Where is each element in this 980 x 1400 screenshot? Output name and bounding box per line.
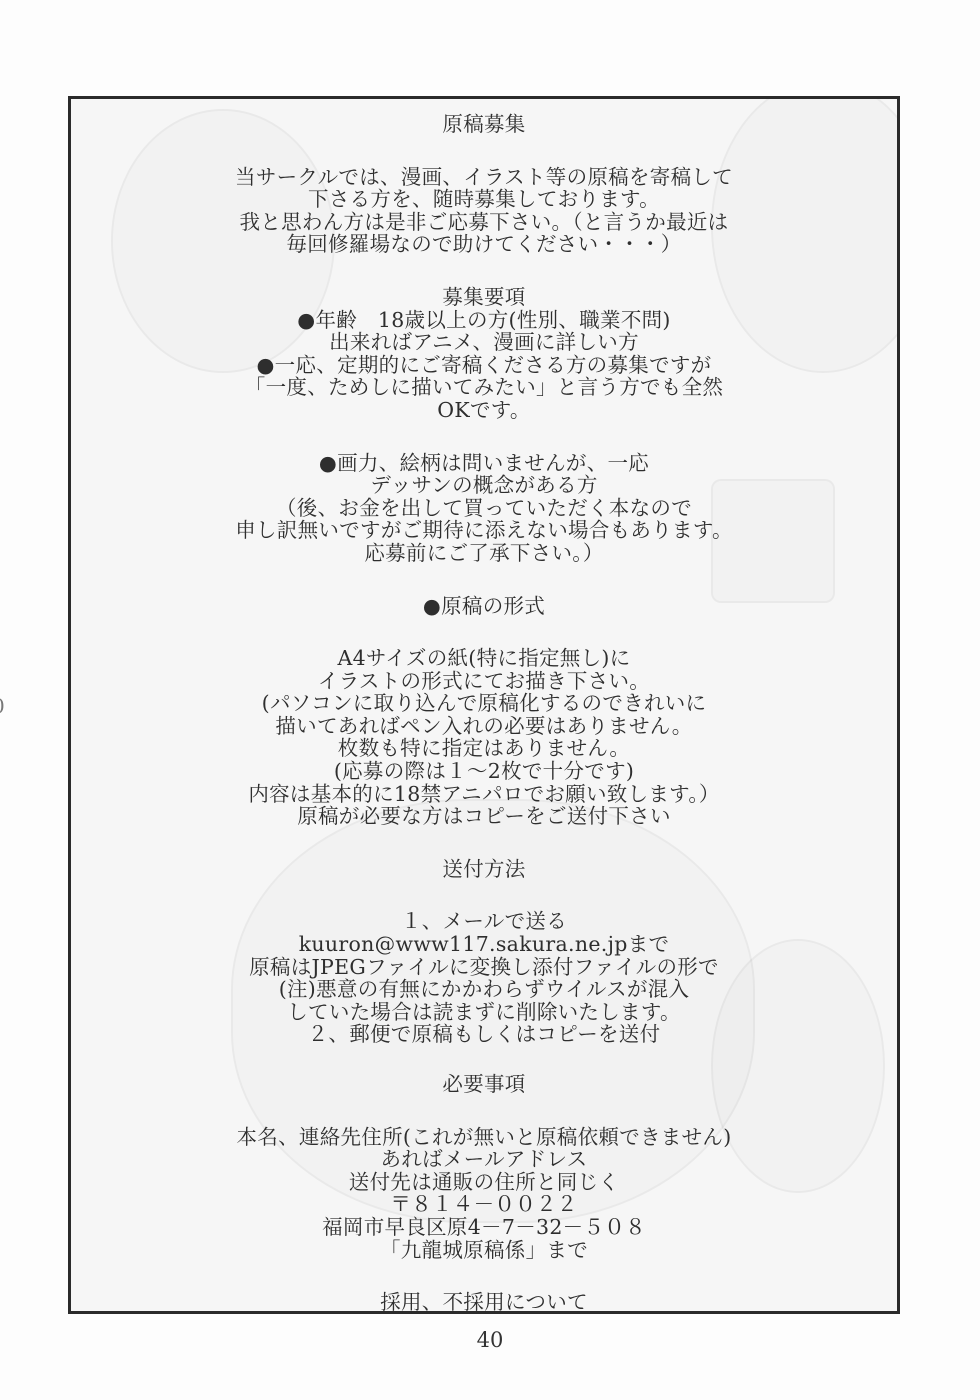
text-line: 「九龍城原稿係」まで xyxy=(71,1239,897,1262)
section-title: 募集要項 xyxy=(71,286,897,309)
section-title: 採用、不採用について xyxy=(71,1291,897,1314)
text-line: 「一度、ためしに描いてみたい」と言う方でも全然 xyxy=(71,376,897,399)
section-format: ●原稿の形式 A4サイズの紙(特に指定無し)に イラストの形式にてお描き下さい。… xyxy=(71,595,897,828)
text-line: 下さる方を、随時募集しております。 xyxy=(71,188,897,211)
text-line: 出来ればアニメ、漫画に詳しい方 xyxy=(71,331,897,354)
section-recruitment: 原稿募集 当サークルでは、漫画、イラスト等の原稿を寄稿して 下さる方を、随時募集… xyxy=(71,113,897,256)
text-line: 枚数も特に指定はありません。 xyxy=(71,737,897,760)
text-line: A4サイズの紙(特に指定無し)に xyxy=(71,647,897,670)
section-submission: 送付方法 １、メールで送る kuuron@www117.sakura.ne.jp… xyxy=(71,858,897,1046)
section-acceptance: 採用、不採用について 原稿をお願いしたいと思った方には当方から 連絡いたします。… xyxy=(71,1291,897,1314)
text-line: (パソコンに取り込んで原稿化するのできれいに xyxy=(71,692,897,715)
text-line: ●一応、定期的にご寄稿くださる方の募集ですが xyxy=(71,354,897,377)
postal-address: 福岡市早良区原4－7－32－５０８ xyxy=(71,1216,897,1239)
text-line: ２、郵便で原稿もしくはコピーを送付 xyxy=(71,1023,897,1046)
text-line: していた場合は読まずに削除いたします。 xyxy=(71,1001,897,1024)
postal-code: 〒８１４－００２２ xyxy=(71,1193,897,1216)
text-line: 我と思わん方は是非ご応募下さい。（と言うか最近は xyxy=(71,211,897,234)
text-line: (注)悪意の有無にかかわらずウイルスが混入 xyxy=(71,978,897,1001)
text-line: イラストの形式にてお描き下さい。 xyxy=(71,670,897,693)
section-title: ●原稿の形式 xyxy=(71,595,897,618)
section-requirements: 募集要項 ●年齢 18歳以上の方(性別、職業不問) 出来ればアニメ、漫画に詳しい… xyxy=(71,286,897,565)
page-number: 40 xyxy=(0,1328,980,1352)
section-title: 原稿募集 xyxy=(71,113,897,136)
text-line: あればメールアドレス xyxy=(71,1148,897,1171)
text-line: 原稿が必要な方はコピーをご送付下さい xyxy=(71,805,897,828)
text-line: 当サークルでは、漫画、イラスト等の原稿を寄稿して xyxy=(71,166,897,189)
text-line: 原稿はJPEGファイルに変換し添付ファイルの形で xyxy=(71,956,897,979)
text-line: 応募前にご了承下さい。） xyxy=(71,542,897,565)
section-title: 必要事項 xyxy=(71,1073,897,1096)
section-required-info: 必要事項 本名、連絡先住所(これが無いと原稿依頼できません) あればメールアドレ… xyxy=(71,1073,897,1261)
text-line: （後、お金を出して買っていただく本なので xyxy=(71,497,897,520)
text-line: (応募の際は１～2枚で十分です) xyxy=(71,760,897,783)
text-line: １、メールで送る xyxy=(71,910,897,933)
text-line: OKです。 xyxy=(71,399,897,422)
page-frame: 原稿募集 当サークルでは、漫画、イラスト等の原稿を寄稿して 下さる方を、随時募集… xyxy=(68,96,900,1314)
email-address: kuuron@www117.sakura.ne.jpまで xyxy=(71,933,897,956)
text-line: ●年齢 18歳以上の方(性別、職業不問) xyxy=(71,309,897,332)
notice-content: 原稿募集 当サークルでは、漫画、イラスト等の原稿を寄稿して 下さる方を、随時募集… xyxy=(71,113,897,1314)
text-line: 毎回修羅場なので助けてください・・・） xyxy=(71,233,897,256)
text-line: 描いてあればペン入れの必要はありません。 xyxy=(71,715,897,738)
adjacent-page-bleed-mark: 0 xyxy=(0,694,5,718)
text-line: 内容は基本的に18禁アニパロでお願い致します。） xyxy=(71,783,897,806)
text-line: ●画力、絵柄は問いませんが、一応 xyxy=(71,452,897,475)
text-line: デッサンの概念がある方 xyxy=(71,474,897,497)
section-title: 送付方法 xyxy=(71,858,897,881)
text-line: 送付先は通販の住所と同じく xyxy=(71,1171,897,1194)
text-line: 本名、連絡先住所(これが無いと原稿依頼できません) xyxy=(71,1126,897,1149)
text-line: 申し訳無いですがご期待に添えない場合もあります。 xyxy=(71,519,897,542)
